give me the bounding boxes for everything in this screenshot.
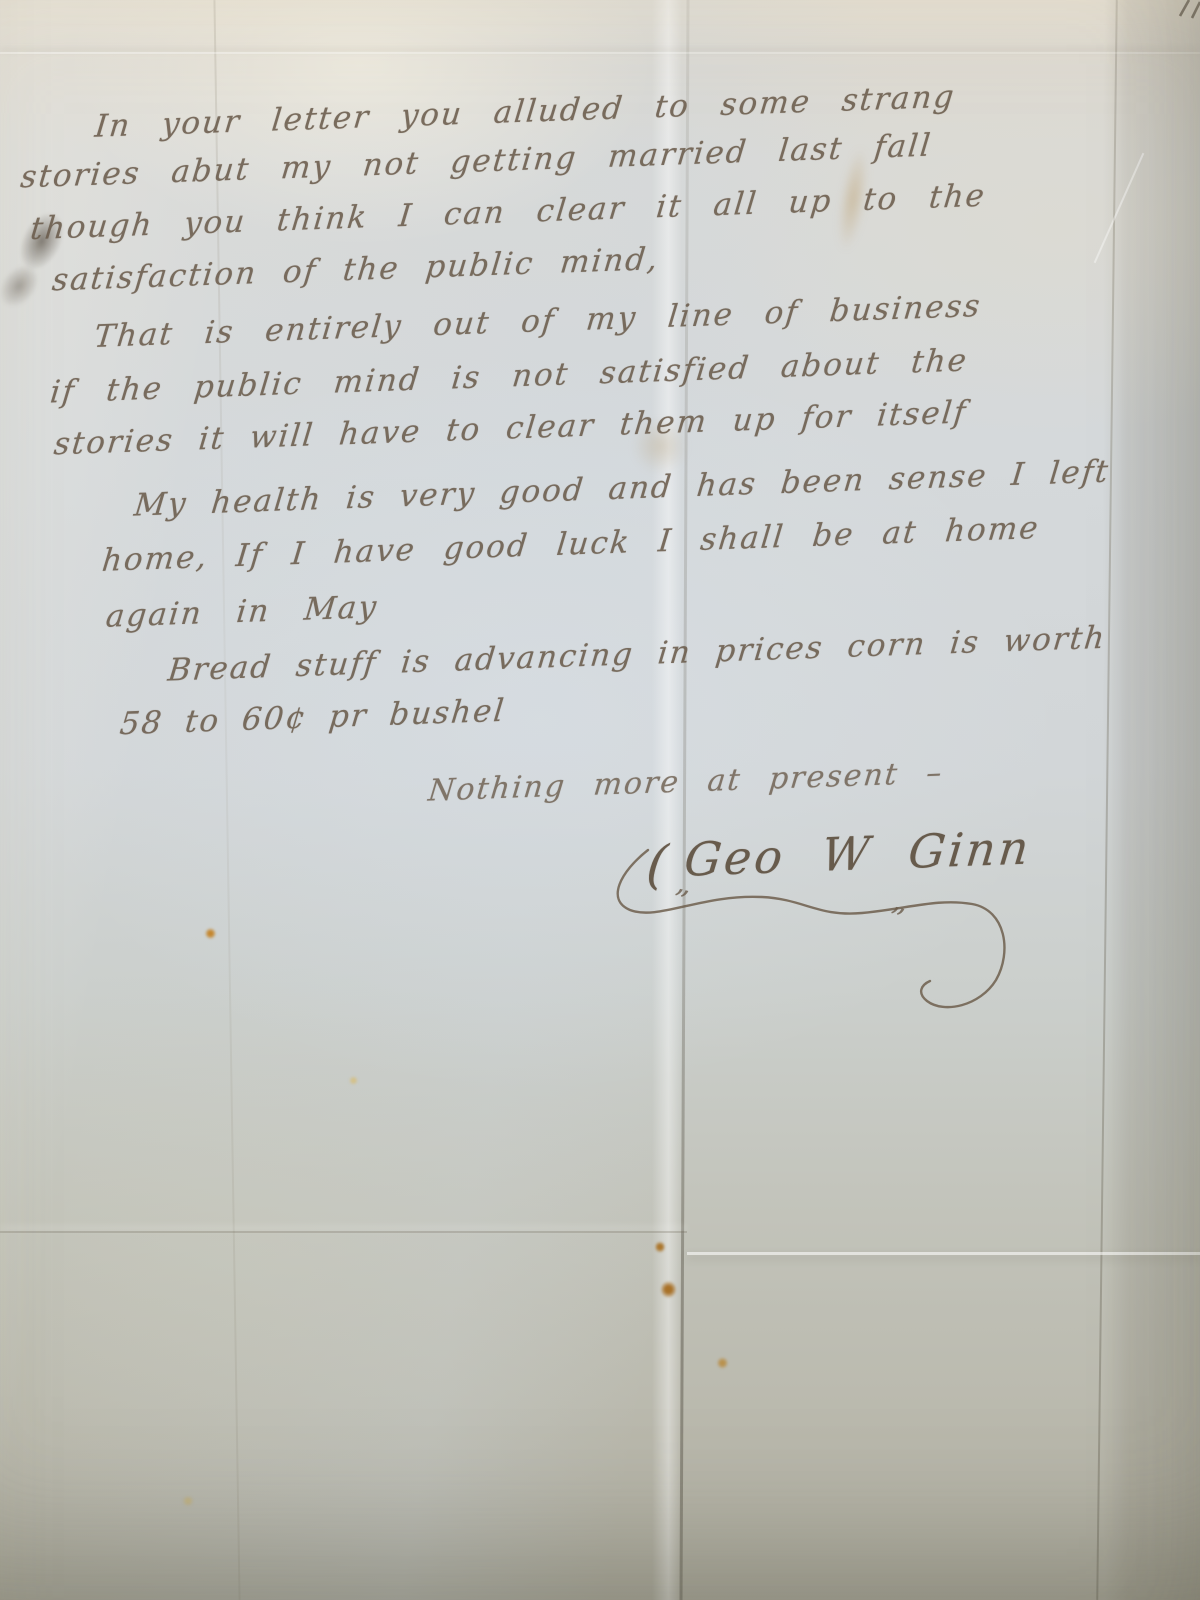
photo-vignette	[0, 0, 1200, 1600]
letter-photo: In your letter you alluded to some stran…	[0, 0, 1200, 1600]
